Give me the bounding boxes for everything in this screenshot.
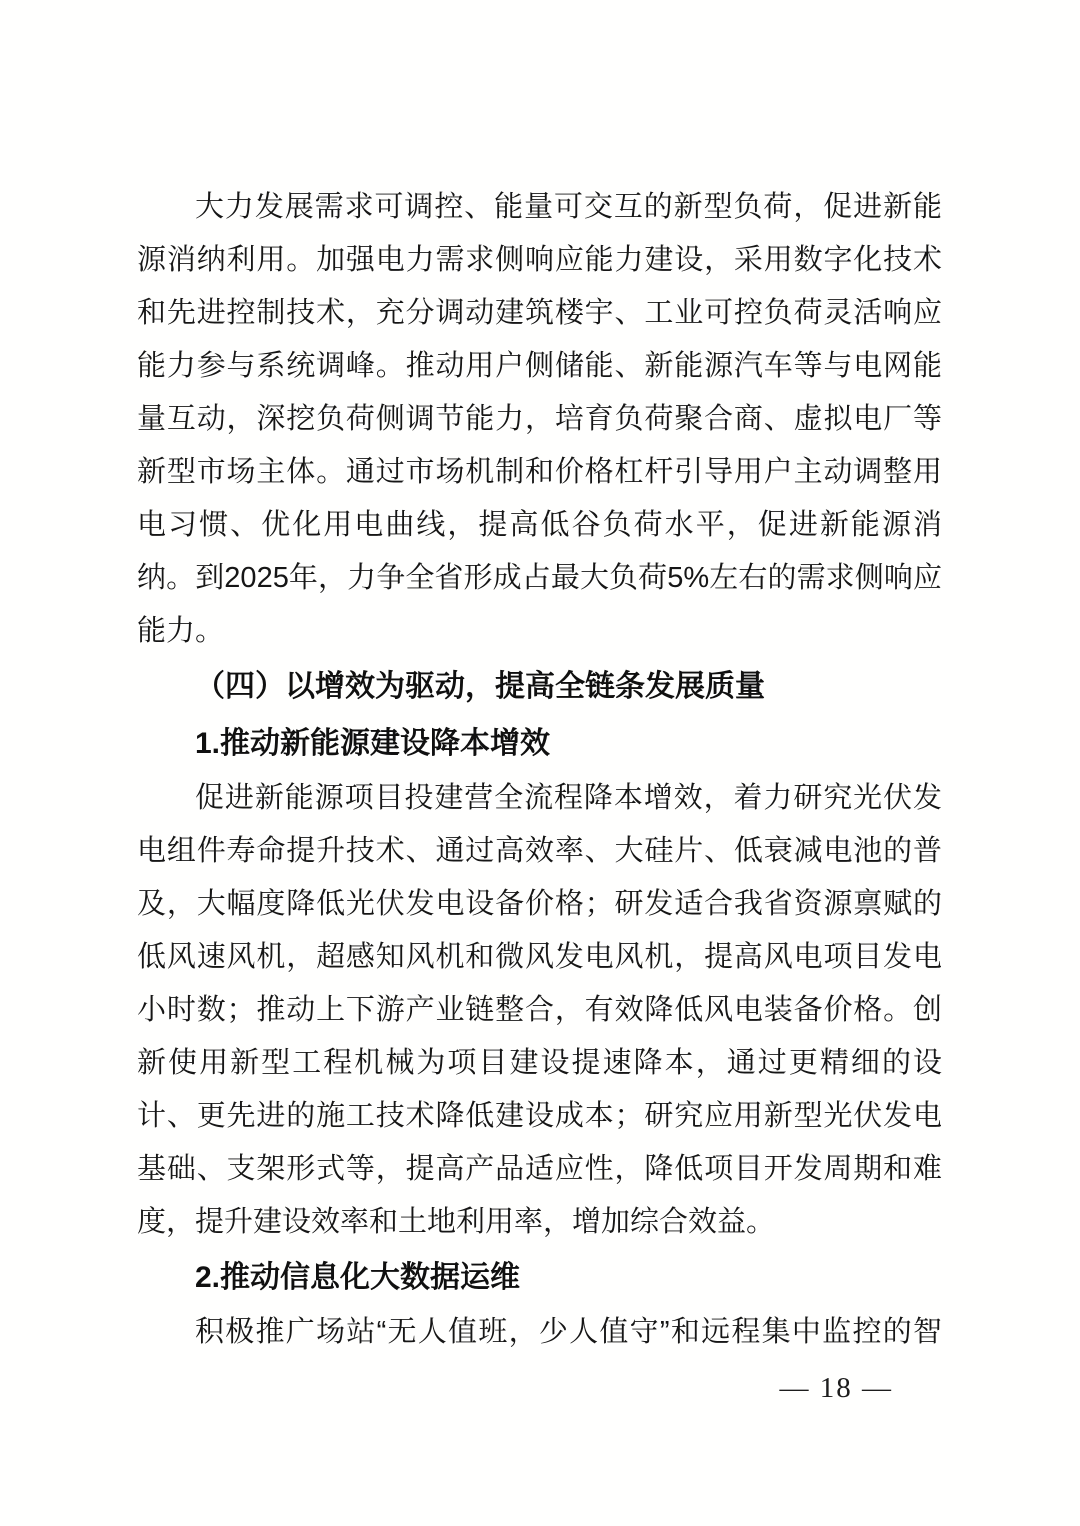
text-line: 计、更先进的施工技术降低建设成本；研究应用新型光伏发电 — [137, 1090, 942, 1143]
text-line: 基础、支架形式等，提高产品适应性，降低项目开发周期和难 — [137, 1143, 942, 1196]
section-heading: （四）以增效为驱动，提高全链条发展质量 — [137, 658, 942, 715]
subsection-heading: 1.推动新能源建设降本增效 — [137, 715, 942, 772]
text-line: 积极推广场站“无人值班，少人值守”和远程集中监控的智 — [137, 1306, 942, 1359]
text-line: 量互动，深挖负荷侧调节能力，培育负荷聚合商、虚拟电厂等 — [137, 393, 942, 446]
page-number: — 18 — — [780, 1368, 894, 1408]
text-line: 电组件寿命提升技术、通过高效率、大硅片、低衰减电池的普 — [137, 825, 942, 878]
text-line: 新型市场主体。通过市场机制和价格杠杆引导用户主动调整用 — [137, 446, 942, 499]
text-line: 源消纳利用。加强电力需求侧响应能力建设，采用数字化技术 — [137, 234, 942, 287]
text-line: 新使用新型工程机械为项目建设提速降本，通过更精细的设 — [137, 1037, 942, 1090]
subsection-heading: 2.推动信息化大数据运维 — [137, 1249, 942, 1306]
text-line: 大力发展需求可调控、能量可交互的新型负荷，促进新能 — [137, 181, 942, 234]
text-line: 度，提升建设效率和土地利用率，增加综合效益。 — [137, 1196, 942, 1249]
text-line: 能力参与系统调峰。推动用户侧储能、新能源汽车等与电网能 — [137, 340, 942, 393]
document-page: 大力发展需求可调控、能量可交互的新型负荷，促进新能 源消纳利用。加强电力需求侧响… — [0, 0, 1080, 1526]
text-line: 促进新能源项目投建营全流程降本增效，着力研究光伏发 — [137, 772, 942, 825]
document-content: 大力发展需求可调控、能量可交互的新型负荷，促进新能 源消纳利用。加强电力需求侧响… — [137, 181, 942, 1359]
text-line: 小时数；推动上下游产业链整合，有效降低风电装备价格。创 — [137, 984, 942, 1037]
text-line: 电习惯、优化用电曲线，提高低谷负荷水平，促进新能源消 — [137, 499, 942, 552]
text-line: 及，大幅度降低光伏发电设备价格；研发适合我省资源禀赋的 — [137, 878, 942, 931]
text-line: 低风速风机，超感知风机和微风发电风机，提高风电项目发电 — [137, 931, 942, 984]
text-line: 纳。到2025年，力争全省形成占最大负荷5%左右的需求侧响应 — [137, 552, 942, 605]
text-line: 和先进控制技术，充分调动建筑楼宇、工业可控负荷灵活响应 — [137, 287, 942, 340]
text-line: 能力。 — [137, 605, 942, 658]
